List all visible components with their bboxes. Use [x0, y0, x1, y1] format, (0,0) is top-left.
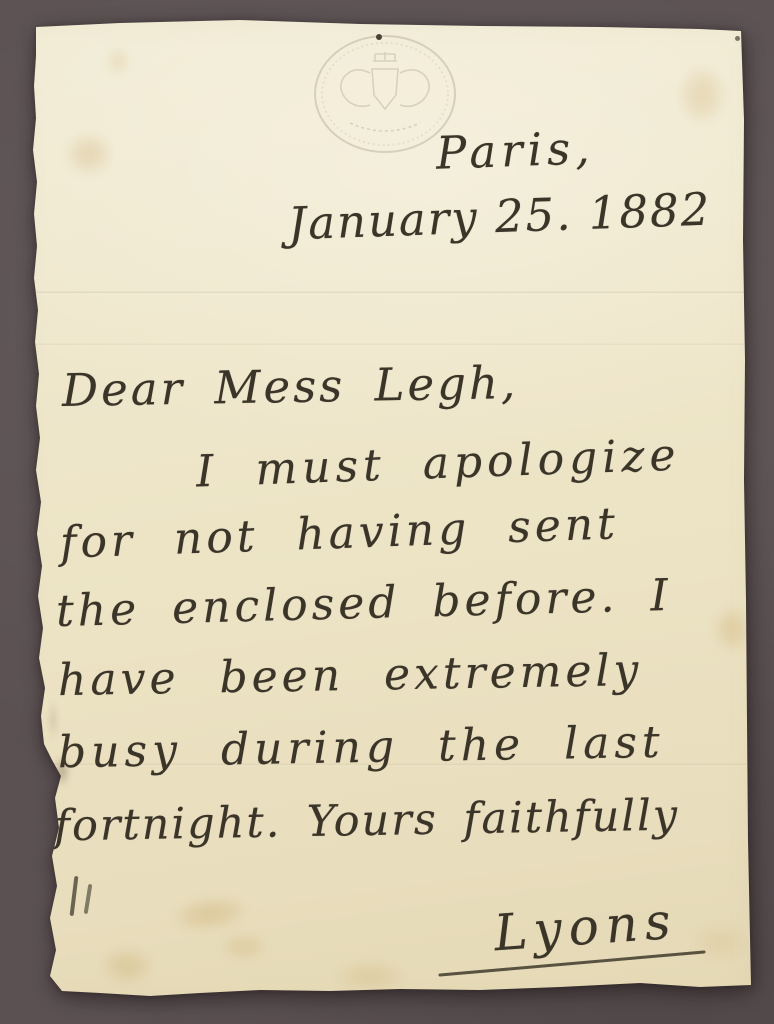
margin-ink-mark — [70, 876, 79, 916]
body-line: I must apologize — [195, 430, 681, 498]
body-line: fortnight. Yours faithfully — [54, 791, 680, 852]
signature: Lyons — [492, 892, 679, 963]
stain — [104, 44, 132, 78]
stain — [670, 56, 734, 134]
stain — [212, 928, 276, 966]
stain — [708, 598, 756, 660]
stain — [684, 916, 756, 968]
date-line: January 25. 1882 — [287, 183, 712, 251]
letter-sheet: Paris, January 25. 1882 Dear Mess Legh, … — [0, 0, 774, 1024]
ink-speck — [735, 36, 740, 41]
ink-speck — [376, 34, 382, 40]
stain — [322, 956, 418, 996]
margin-ink-mark — [84, 884, 93, 914]
salutation-line: Dear Mess Legh, — [62, 356, 519, 417]
stain — [92, 942, 162, 990]
body-line: have been extremely — [58, 645, 643, 706]
letter-sheet-wrapper: Paris, January 25. 1882 Dear Mess Legh, … — [0, 0, 774, 1024]
fold-crease — [34, 343, 746, 347]
body-line: for not having sent — [59, 498, 619, 568]
fold-crease — [34, 291, 746, 295]
photo-background: Paris, January 25. 1882 Dear Mess Legh, … — [0, 0, 774, 1024]
body-line: the enclosed before. I — [55, 570, 672, 637]
place-line: Paris, — [435, 121, 595, 179]
body-line: busy during the last — [58, 717, 665, 779]
stain — [58, 126, 120, 182]
